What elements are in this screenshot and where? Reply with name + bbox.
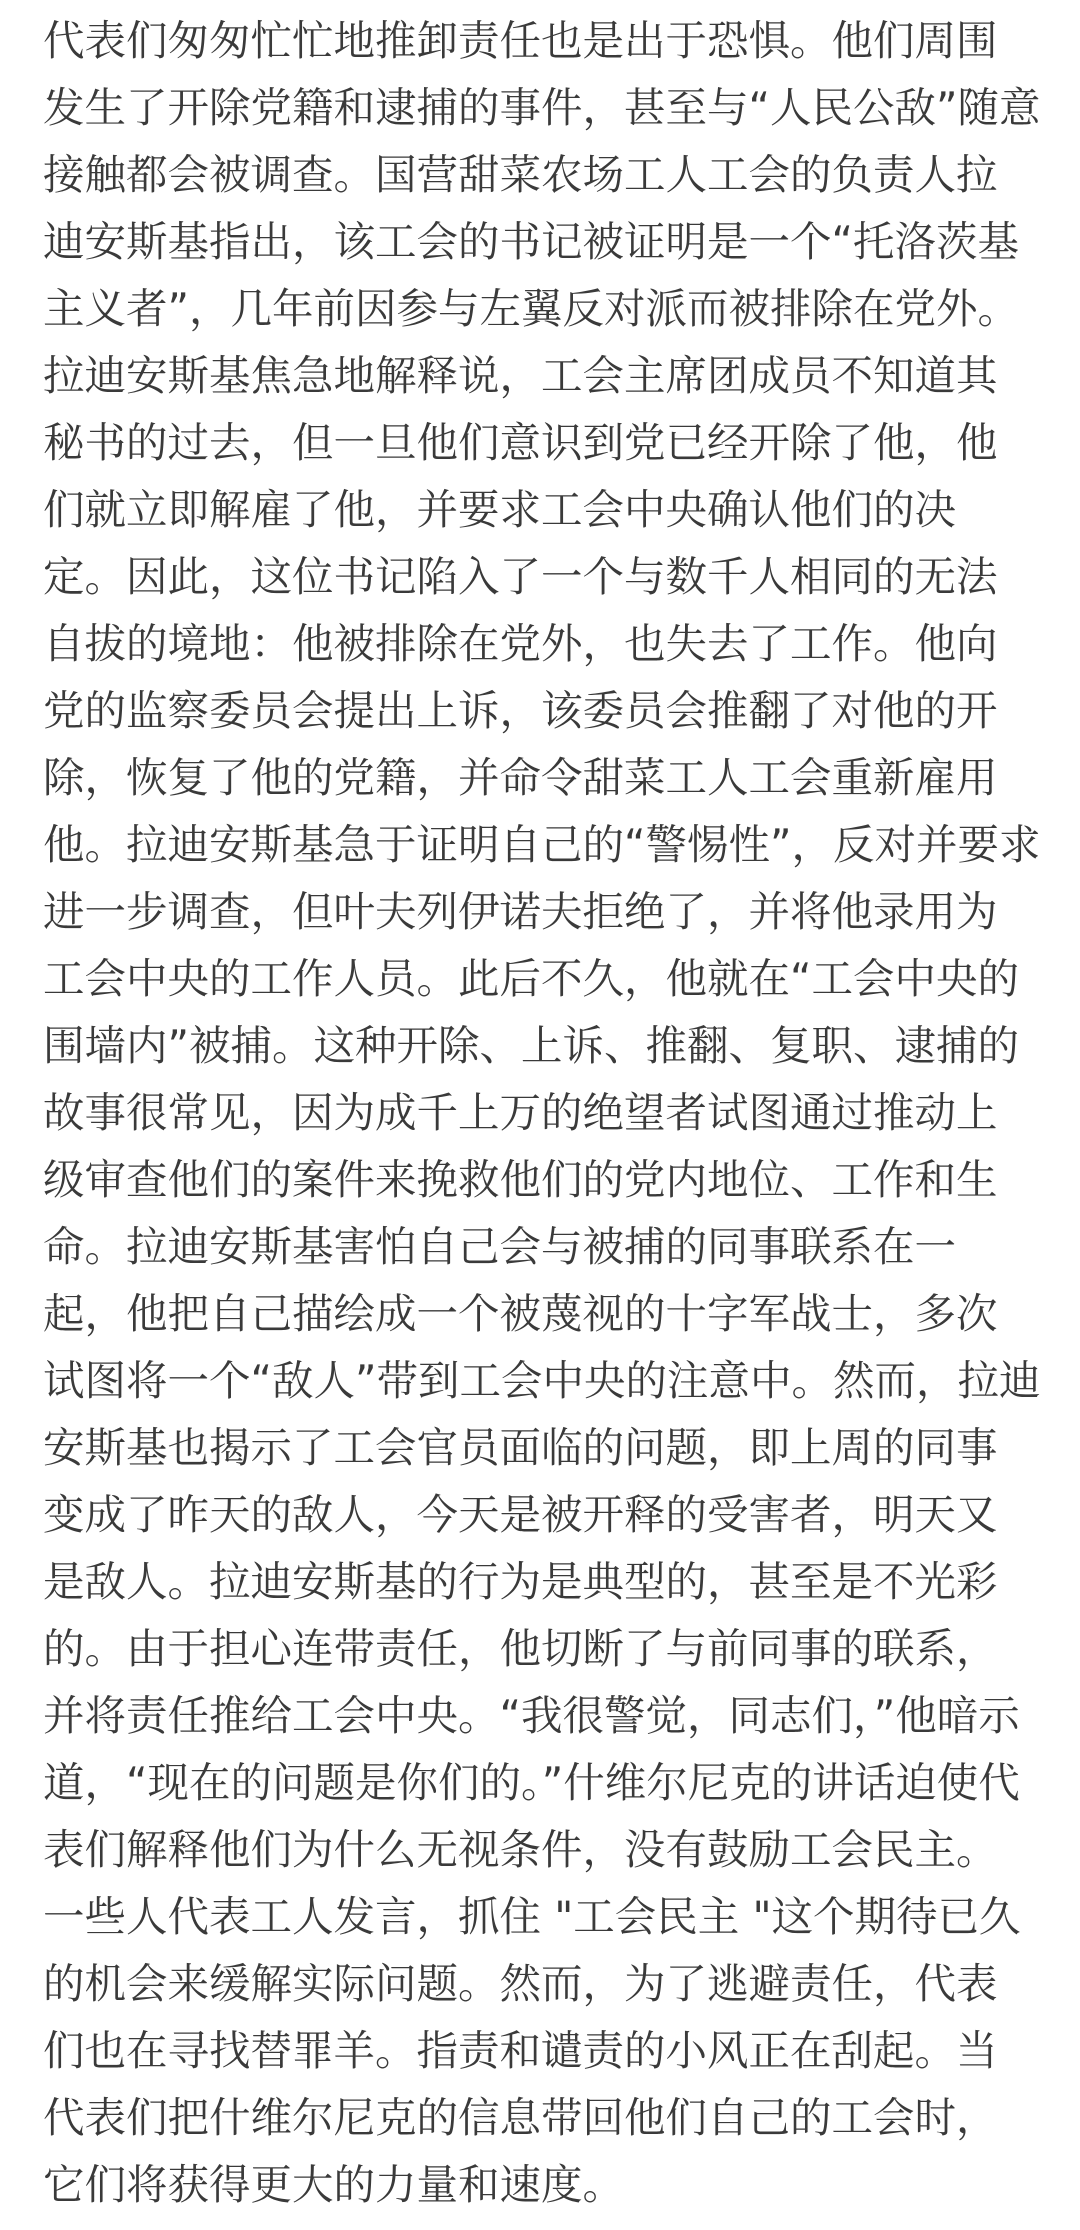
text-line: 主义者”，几年前因参与左翼反对派而被排除在党外。 (43, 278, 1043, 345)
text-line: 一些人代表工人发言，抓住 "工会民主 "这个期待已久 (43, 1886, 1043, 1953)
text-line: 并将责任推给工会中央。“我很警觉，同志们，”他暗示 (43, 1685, 1043, 1752)
text-line: 代表们把什维尔尼克的信息带回他们自己的工会时， (43, 2087, 1043, 2154)
text-line: 表们解释他们为什么无视条件，没有鼓励工会民主。 (43, 1819, 1043, 1886)
text-line: 变成了昨天的敌人，今天是被开释的受害者，明天又 (43, 1484, 1043, 1551)
text-line: 级审查他们的案件来挽救他们的党内地位、工作和生 (43, 1149, 1043, 1216)
text-line: 起，他把自己描绘成一个被蔑视的十字军战士，多次 (43, 1283, 1043, 1350)
text-line: 工会中央的工作人员。此后不久，他就在“工会中央的 (43, 948, 1043, 1015)
text-line: 秘书的过去，但一旦他们意识到党已经开除了他，他 (43, 412, 1043, 479)
text-line: 试图将一个“敌人”带到工会中央的注意中。然而，拉迪 (43, 1350, 1043, 1417)
text-line: 定。因此，这位书记陷入了一个与数千人相同的无法 (43, 546, 1043, 613)
text-line: 故事很常见，因为成千上万的绝望者试图通过推动上 (43, 1082, 1043, 1149)
text-line: 道，“现在的问题是你们的。”什维尔尼克的讲话迫使代 (43, 1752, 1043, 1819)
text-line: 的机会来缓解实际问题。然而，为了逃避责任，代表 (43, 1953, 1043, 2020)
text-line: 安斯基也揭示了工会官员面临的问题，即上周的同事 (43, 1417, 1043, 1484)
text-line: 代表们匆匆忙忙地推卸责任也是出于恐惧。他们周围 (43, 10, 1043, 77)
text-line: 拉迪安斯基焦急地解释说，工会主席团成员不知道其 (43, 345, 1043, 412)
article-body: 代表们匆匆忙忙地推卸责任也是出于恐惧。他们周围 发生了开除党籍和逮捕的事件，甚至… (43, 10, 1043, 2221)
text-line: 们也在寻找替罪羊。指责和谴责的小风正在刮起。当 (43, 2020, 1043, 2087)
text-line: 党的监察委员会提出上诉，该委员会推翻了对他的开 (43, 680, 1043, 747)
text-line: 除，恢复了他的党籍，并命令甜菜工人工会重新雇用 (43, 747, 1043, 814)
text-line: 发生了开除党籍和逮捕的事件，甚至与“人民公敌”随意 (43, 77, 1043, 144)
text-line: 进一步调查，但叶夫列伊诺夫拒绝了，并将他录用为 (43, 881, 1043, 948)
text-line: 的。由于担心连带责任，他切断了与前同事的联系， (43, 1618, 1043, 1685)
text-line: 围墙内”被捕。这种开除、上诉、推翻、复职、逮捕的 (43, 1015, 1043, 1082)
text-line: 他。拉迪安斯基急于证明自己的“警惕性”，反对并要求 (43, 814, 1043, 881)
text-line: 它们将获得更大的力量和速度。 (43, 2154, 1043, 2221)
text-line: 自拔的境地：他被排除在党外，也失去了工作。他向 (43, 613, 1043, 680)
text-line: 是敌人。拉迪安斯基的行为是典型的，甚至是不光彩 (43, 1551, 1043, 1618)
text-line: 接触都会被调查。国营甜菜农场工人工会的负责人拉 (43, 144, 1043, 211)
text-line: 们就立即解雇了他，并要求工会中央确认他们的决 (43, 479, 1043, 546)
text-line: 命。拉迪安斯基害怕自己会与被捕的同事联系在一 (43, 1216, 1043, 1283)
text-line: 迪安斯基指出，该工会的书记被证明是一个“托洛茨基 (43, 211, 1043, 278)
